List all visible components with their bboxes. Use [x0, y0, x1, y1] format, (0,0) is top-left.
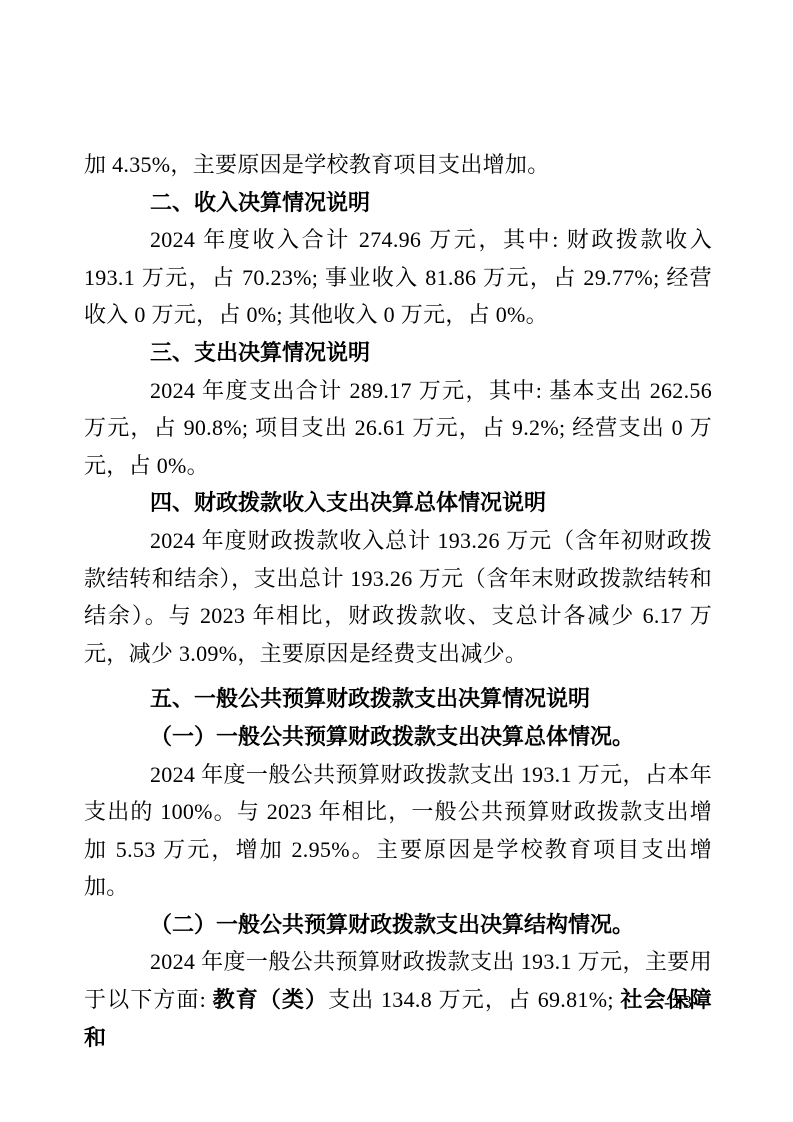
category-education-bold: 教育（类）: [213, 987, 329, 1012]
heading-fiscal-appropriation-overview: 四、财政拨款收入支出决算总体情况说明: [84, 484, 712, 522]
page-body: 加 4.35%，主要原因是学校教育项目支出增加。 二、收入决算情况说明 2024…: [84, 146, 712, 1056]
page-number: -13-: [664, 992, 702, 1013]
income-paragraph: 2024 年度收入合计 274.96 万元，其中: 财政拨款收入 193.1 万…: [84, 221, 712, 334]
overall-situation-paragraph: 2024 年度一般公共预算财政拨款支出 193.1 万元，占本年支出的 100%…: [84, 756, 712, 906]
subheading-overall-situation: （一）一般公共预算财政拨款支出决算总体情况。: [84, 718, 712, 756]
carryover-paragraph: 加 4.35%，主要原因是学校教育项目支出增加。: [84, 146, 712, 184]
document-page: 加 4.35%，主要原因是学校教育项目支出增加。 二、收入决算情况说明 2024…: [0, 0, 793, 1122]
expense-paragraph: 2024 年度支出合计 289.17 万元，其中: 基本支出 262.56 万元…: [84, 372, 712, 485]
structure-situation-paragraph: 2024 年度一般公共预算财政拨款支出 193.1 万元，主要用于以下方面: 教…: [84, 943, 712, 1056]
fiscal-appropriation-paragraph: 2024 年度财政拨款收入总计 193.26 万元（含年初财政拨款结转和结余），…: [84, 522, 712, 672]
structure-text-middle: 支出 134.8 万元，占 69.81%;: [328, 987, 620, 1012]
subheading-structure-situation: （二）一般公共预算财政拨款支出决算结构情况。: [84, 906, 712, 944]
heading-income-statement: 二、收入决算情况说明: [84, 184, 712, 222]
heading-general-budget-expenditure: 五、一般公共预算财政拨款支出决算情况说明: [84, 680, 712, 718]
heading-expense-statement: 三、支出决算情况说明: [84, 334, 712, 372]
